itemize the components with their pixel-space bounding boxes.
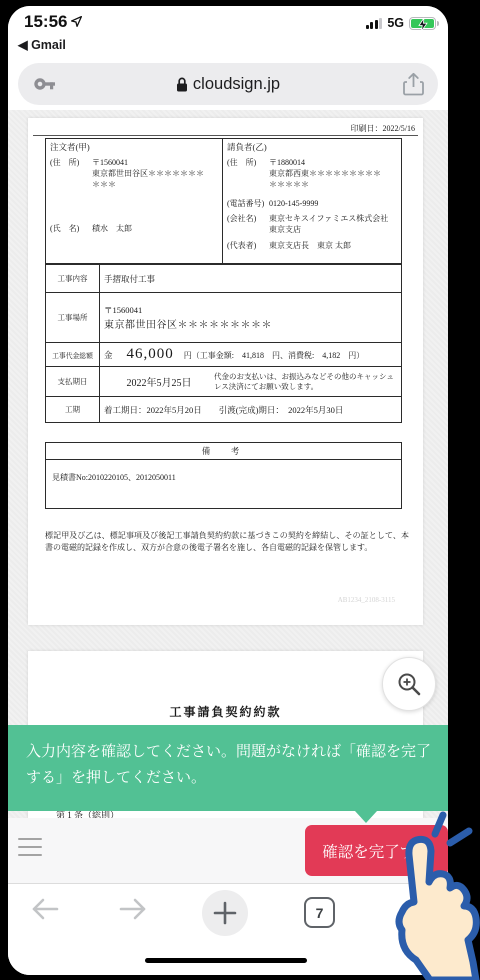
orderer-address: 〒1560041 東京都世田谷区＊＊＊＊＊＊＊ ＊＊＊: [92, 157, 218, 190]
orderer-name-label: (氏 名): [50, 223, 92, 234]
status-icons: 5G: [366, 16, 436, 30]
share-icon[interactable]: [403, 72, 424, 102]
zoom-in-icon: [396, 671, 422, 697]
work-detail-table: 工事内容 手摺取付工事 工事場所 〒1560041 東京都世田谷区＊＊＊＊＊＊＊…: [45, 264, 402, 423]
row-label: 工期: [46, 397, 100, 423]
contractor-address: 〒1880014 東京都西東＊＊＊＊＊＊＊＊＊ ＊＊＊＊＊: [269, 157, 397, 190]
payment-due: 2022年5月25日 代金のお支払いは、お振込みなどその他のキャッシュレス決済に…: [100, 367, 402, 397]
row-label: 工事内容: [46, 265, 100, 293]
contract-page-1: 印刷日：2022/5/16 注文者(甲) (住 所) 〒1560041 東京都世…: [28, 118, 423, 625]
url-text: cloudsign.jp: [193, 75, 280, 94]
work-content: 手摺取付工事: [100, 265, 402, 293]
contractor-address-label: (住 所): [227, 157, 269, 190]
orderer-title: 注文者(甲): [50, 141, 218, 153]
orderer-cell: 注文者(甲) (住 所) 〒1560041 東京都世田谷区＊＊＊＊＊＊＊ ＊＊＊…: [46, 139, 223, 263]
total-amount: 46,000: [113, 346, 184, 362]
contractor-company: 東京セキスイファミエス株式会社 東京支店: [269, 213, 397, 235]
table-row: 支払期日 2022年5月25日 代金のお支払いは、お振込みなどその他のキャッシュ…: [46, 367, 402, 397]
back-icon[interactable]: [30, 896, 60, 927]
url-display[interactable]: cloudsign.jp: [18, 63, 438, 105]
contractor-title: 請負者(乙): [227, 141, 397, 153]
orderer-address-label: (住 所): [50, 157, 92, 190]
work-total: 金46,000円（工事金額: 41,818 円、消費税: 4,182 円）: [100, 343, 402, 367]
network-type: 5G: [387, 16, 404, 30]
forward-icon[interactable]: [118, 896, 148, 927]
contractor-rep: 東京支店長 東京 太郎: [269, 240, 397, 251]
contractor-company-label: (会社名): [227, 213, 269, 235]
table-row: 工事内容 手摺取付工事: [46, 265, 402, 293]
status-bar: 15:56 ◀ Gmail 5G: [8, 6, 448, 58]
hamburger-menu-icon[interactable]: [18, 838, 42, 862]
remarks-box: 備 考 見積書No:2010220105、2012050011: [45, 442, 402, 509]
back-to-gmail-link[interactable]: ◀ Gmail: [18, 37, 66, 52]
row-label: 工事場所: [46, 293, 100, 343]
document-id-watermark: AB1234_2108-3115: [338, 596, 395, 604]
table-row: 工期 着工期日：2022年5月20日 引渡(完成)期日： 2022年5月30日: [46, 397, 402, 423]
terms-title: 工事請負契約約款: [28, 703, 423, 720]
new-tab-button[interactable]: [202, 890, 248, 936]
table-row: 工事場所 〒1560041 東京都世田谷区＊＊＊＊＊＊＊＊＊: [46, 293, 402, 343]
device-frame: 15:56 ◀ Gmail 5G cloudsign.jp: [0, 0, 480, 980]
due-note: 代金のお支払いは、お振込みなどその他のキャッシュレス決済にてお願い致します。: [214, 372, 397, 391]
row-label: 工事代金総額: [46, 343, 100, 367]
plus-icon: [212, 900, 238, 926]
battery-charging-icon: [409, 17, 436, 30]
due-date: 2022年5月25日: [104, 374, 214, 389]
lock-icon: [176, 77, 188, 92]
clock: 15:56: [24, 12, 67, 32]
remarks-body: 見積書No:2010220105、2012050011: [46, 460, 401, 508]
table-row: 工事代金総額 金46,000円（工事金額: 41,818 円、消費税: 4,18…: [46, 343, 402, 367]
work-location: 〒1560041 東京都世田谷区＊＊＊＊＊＊＊＊＊: [100, 293, 402, 343]
remarks-header: 備 考: [46, 443, 401, 460]
tap-hand-icon: [358, 810, 480, 980]
orderer-name: 積水 太郎: [92, 223, 132, 234]
address-bar[interactable]: cloudsign.jp: [18, 63, 438, 105]
zoom-in-button[interactable]: [382, 657, 436, 711]
print-date: 印刷日：2022/5/16: [351, 123, 415, 134]
work-period: 着工期日：2022年5月20日 引渡(完成)期日： 2022年5月30日: [100, 397, 402, 423]
contractor-cell: 請負者(乙) (住 所) 〒1880014 東京都西東＊＊＊＊＊＊＊＊＊ ＊＊＊…: [223, 139, 401, 263]
home-indicator[interactable]: [145, 958, 307, 963]
divider: [33, 135, 418, 136]
instruction-banner: 入力内容を確認してください。問題がなければ「確認を完了する」を押してください。: [8, 725, 448, 811]
browser-chrome: cloudsign.jp: [8, 58, 448, 110]
row-label: 支払期日: [46, 367, 100, 397]
contractor-rep-label: (代表者): [227, 240, 269, 251]
location-arrow-icon: [70, 15, 83, 28]
contractor-phone: 0120-145-9999: [269, 198, 397, 209]
tab-switcher[interactable]: 7: [304, 897, 335, 928]
agreement-paragraph: 標記甲及び乙は、標記事項及び後記工事請負契約約款に基づきこの契約を締結し、その証…: [45, 530, 409, 554]
signal-icon: [366, 18, 383, 29]
contractor-phone-label: (電話番号): [227, 198, 269, 209]
party-table: 注文者(甲) (住 所) 〒1560041 東京都世田谷区＊＊＊＊＊＊＊ ＊＊＊…: [45, 138, 402, 264]
